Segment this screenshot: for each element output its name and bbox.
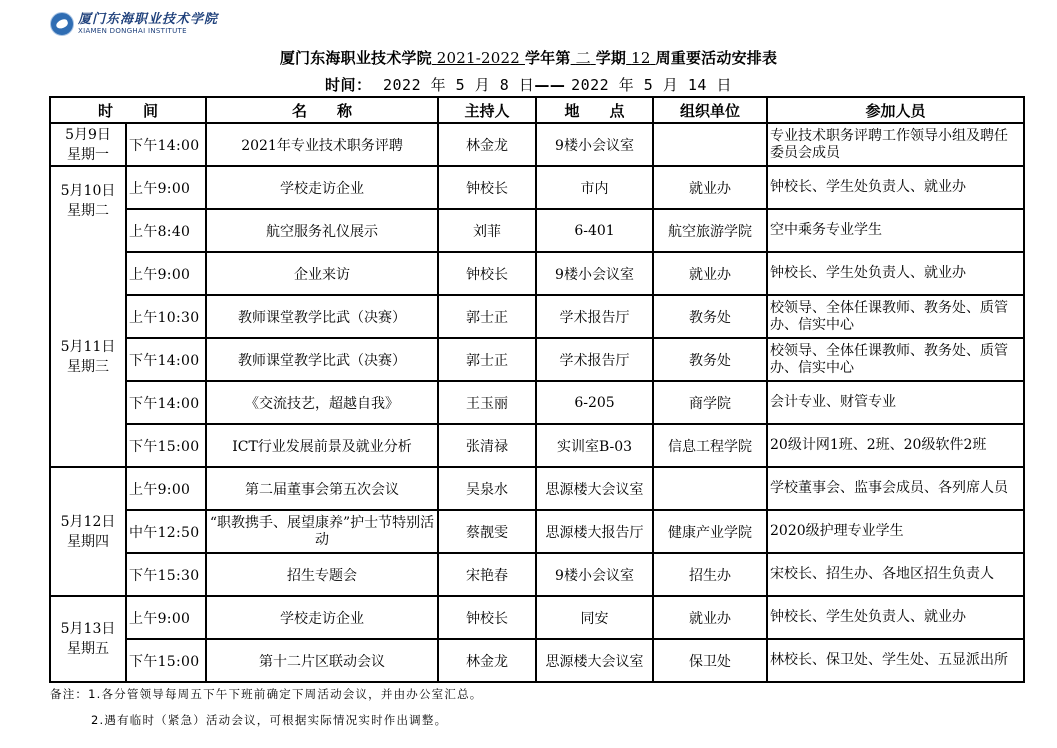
place-cell: 实训室B-03 xyxy=(536,424,653,467)
date-range-dash: —— xyxy=(534,76,565,94)
date-range-start: 2022 年 5 月 8 日 xyxy=(383,76,534,94)
attendees-cell: 钟校长、学生处负责人、就业办 xyxy=(767,596,1024,639)
table-row: 下午14:00 《交流技艺，超越自我》 王玉丽 6-205 商学院 会计专业、财… xyxy=(50,381,1024,424)
table-row: 5月13日星期五 上午9:00 学校走访企业 钟校长 同安 就业办 钟校长、学生… xyxy=(50,596,1024,639)
title-academic-year: 2021-2022 xyxy=(437,49,520,67)
school-emblem-icon xyxy=(50,12,74,36)
logo-english-name: XIAMEN DONGHAI INSTITUTE xyxy=(78,28,218,35)
org-cell xyxy=(653,123,767,166)
column-header-time: 时 间 xyxy=(50,97,206,123)
time-cell: 下午14:00 xyxy=(126,123,206,166)
time-cell: 中午12:50 xyxy=(126,510,206,553)
column-header-attendees: 参加人员 xyxy=(767,97,1024,123)
place-cell: 6-205 xyxy=(536,381,653,424)
org-cell: 保卫处 xyxy=(653,639,767,682)
attendees-cell: 钟校长、学生处负责人、就业办 xyxy=(767,166,1024,209)
attendees-cell: 林校长、保卫处、学生处、五显派出所 xyxy=(767,639,1024,682)
column-header-host: 主持人 xyxy=(438,97,536,123)
place-cell: 市内 xyxy=(536,166,653,209)
activity-name-cell: 学校走访企业 xyxy=(206,596,438,639)
place-cell: 6-401 xyxy=(536,209,653,252)
host-cell: 蔡靓雯 xyxy=(438,510,536,553)
table-row: 5月12日星期四 上午9:00 第二届董事会第五次会议 吴泉水 思源楼大会议室 … xyxy=(50,467,1024,510)
time-cell: 上午9:00 xyxy=(126,596,206,639)
time-cell: 下午14:00 xyxy=(126,338,206,381)
title-suffix: 周重要活动安排表 xyxy=(656,49,778,67)
attendees-cell: 校领导、全体任课教师、教务处、质管办、信实中心 xyxy=(767,338,1024,381)
activity-name-cell: 《交流技艺，超越自我》 xyxy=(206,381,438,424)
place-cell: 思源楼大报告厅 xyxy=(536,510,653,553)
attendees-cell: 会计专业、财管专业 xyxy=(767,381,1024,424)
table-row: 上午8:40 航空服务礼仪展示 刘菲 6-401 航空旅游学院 空中乘务专业学生 xyxy=(50,209,1024,252)
attendees-cell: 2020级护理专业学生 xyxy=(767,510,1024,553)
org-cell: 就业办 xyxy=(653,166,767,209)
date-cell-merged: 5月10日星期二 5月11日星期三 xyxy=(50,166,126,467)
place-cell: 9楼小会议室 xyxy=(536,553,653,596)
date-label: 5月11日 xyxy=(51,337,125,357)
place-cell: 思源楼大会议室 xyxy=(536,467,653,510)
date-label: 5月13日 xyxy=(53,619,123,639)
column-header-org: 组织单位 xyxy=(653,97,767,123)
notes: 备注：1.各分管领导每周五下午下班前确定下周活动会议，并由办公室汇总。 2.遇有… xyxy=(50,686,482,738)
host-cell: 郭士正 xyxy=(438,295,536,338)
activity-name-cell: 企业来访 xyxy=(206,252,438,295)
weekday-label: 星期四 xyxy=(53,532,123,552)
date-label: 5月12日 xyxy=(53,512,123,532)
table-row: 上午9:00 企业来访 钟校长 9楼小会议室 就业办 钟校长、学生处负责人、就业… xyxy=(50,252,1024,295)
host-cell: 吴泉水 xyxy=(438,467,536,510)
column-header-name: 名 称 xyxy=(206,97,438,123)
date-cell: 5月13日星期五 xyxy=(50,596,126,682)
institute-logo: 厦门东海职业技术学院 XIAMEN DONGHAI INSTITUTE xyxy=(50,12,218,36)
org-cell: 健康产业学院 xyxy=(653,510,767,553)
attendees-cell: 专业技术职务评聘工作领导小组及聘任委员会成员 xyxy=(767,123,1024,166)
activity-name-cell: 学校走访企业 xyxy=(206,166,438,209)
title-week: 12 xyxy=(631,49,651,67)
logo-chinese-name: 厦门东海职业技术学院 xyxy=(78,13,218,26)
attendees-cell: 钟校长、学生处负责人、就业办 xyxy=(767,252,1024,295)
attendees-cell: 宋校长、招生办、各地区招生负责人 xyxy=(767,553,1024,596)
table-row: 下午15:00 ICT行业发展前景及就业分析 张清禄 实训室B-03 信息工程学… xyxy=(50,424,1024,467)
table-row: 下午14:00 教师课堂教学比武（决赛） 郭士正 学术报告厅 教务处 校领导、全… xyxy=(50,338,1024,381)
date-cell: 5月12日星期四 xyxy=(50,467,126,596)
date-range-end: 2022 年 5 月 14 日 xyxy=(571,76,732,94)
activity-name-cell: 航空服务礼仪展示 xyxy=(206,209,438,252)
org-cell: 航空旅游学院 xyxy=(653,209,767,252)
table-row: 上午10:30 教师课堂教学比武（决赛） 郭士正 学术报告厅 教务处 校领导、全… xyxy=(50,295,1024,338)
note-1: 备注：1.各分管领导每周五下午下班前确定下周活动会议，并由办公室汇总。 xyxy=(50,686,482,712)
org-cell xyxy=(653,467,767,510)
schedule-table: 时 间 名 称 主持人 地 点 组织单位 参加人员 5月9日星期一 下午14:0… xyxy=(49,96,1025,683)
weekday-label: 星期三 xyxy=(51,357,125,377)
date-cell: 5月9日星期一 xyxy=(50,123,126,166)
table-header-row: 时 间 名 称 主持人 地 点 组织单位 参加人员 xyxy=(50,97,1024,123)
activity-name-cell: “职教携手、展望康养”护士节特别活动 xyxy=(206,510,438,553)
time-cell: 上午9:00 xyxy=(126,252,206,295)
time-cell: 下午14:00 xyxy=(126,381,206,424)
org-cell: 就业办 xyxy=(653,252,767,295)
date-range-label: 时间： xyxy=(325,76,372,94)
title-term-suffix: 学期 xyxy=(596,49,626,67)
weekday-label: 星期二 xyxy=(51,201,125,221)
place-cell: 9楼小会议室 xyxy=(536,123,653,166)
org-cell: 教务处 xyxy=(653,338,767,381)
time-cell: 上午9:00 xyxy=(126,467,206,510)
attendees-cell: 校领导、全体任课教师、教务处、质管办、信实中心 xyxy=(767,295,1024,338)
host-cell: 宋艳春 xyxy=(438,553,536,596)
time-cell: 下午15:30 xyxy=(126,553,206,596)
attendees-cell: 20级计网1班、2班、20级软件2班 xyxy=(767,424,1024,467)
activity-name-cell: 招生专题会 xyxy=(206,553,438,596)
date-range: 时间： 2022 年 5 月 8 日—— 2022 年 5 月 14 日 xyxy=(0,74,1057,95)
activity-name-cell: 教师课堂教学比武（决赛） xyxy=(206,295,438,338)
host-cell: 刘菲 xyxy=(438,209,536,252)
column-header-place: 地 点 xyxy=(536,97,653,123)
time-cell: 下午15:00 xyxy=(126,639,206,682)
host-cell: 林金龙 xyxy=(438,123,536,166)
place-cell: 学术报告厅 xyxy=(536,295,653,338)
activity-name-cell: 2021年专业技术职务评聘 xyxy=(206,123,438,166)
host-cell: 郭士正 xyxy=(438,338,536,381)
org-cell: 就业办 xyxy=(653,596,767,639)
activity-name-cell: 第二届董事会第五次会议 xyxy=(206,467,438,510)
weekday-label: 星期五 xyxy=(53,639,123,659)
time-cell: 下午15:00 xyxy=(126,424,206,467)
place-cell: 同安 xyxy=(536,596,653,639)
time-cell: 上午8:40 xyxy=(126,209,206,252)
activity-name-cell: ICT行业发展前景及就业分析 xyxy=(206,424,438,467)
title-mid: 学年第 xyxy=(525,49,571,67)
date-group-may11: 5月11日星期三 xyxy=(51,337,125,377)
host-cell: 钟校长 xyxy=(438,252,536,295)
date-label: 5月10日 xyxy=(51,181,125,201)
date-label: 5月9日 xyxy=(53,125,123,145)
title-institute: 厦门东海职业技术学院 xyxy=(280,49,432,67)
note-2: 2.遇有临时（紧急）活动会议，可根据实际情况实时作出调整。 xyxy=(50,712,482,738)
place-cell: 9楼小会议室 xyxy=(536,252,653,295)
page-title: 厦门东海职业技术学院 2021-2022 学年第 二 学期 12 周重要活动安排… xyxy=(0,47,1057,68)
org-cell: 招生办 xyxy=(653,553,767,596)
time-cell: 上午10:30 xyxy=(126,295,206,338)
host-cell: 钟校长 xyxy=(438,596,536,639)
attendees-cell: 学校董事会、监事会成员、各列席人员 xyxy=(767,467,1024,510)
table-row: 下午15:30 招生专题会 宋艳春 9楼小会议室 招生办 宋校长、招生办、各地区… xyxy=(50,553,1024,596)
table-row: 5月10日星期二 5月11日星期三 上午9:00 学校走访企业 钟校长 市内 就… xyxy=(50,166,1024,209)
table-row: 下午15:00 第十二片区联动会议 林金龙 思源楼大会议室 保卫处 林校长、保卫… xyxy=(50,639,1024,682)
date-group-may10: 5月10日星期二 xyxy=(51,181,125,221)
org-cell: 商学院 xyxy=(653,381,767,424)
place-cell: 学术报告厅 xyxy=(536,338,653,381)
table-row: 中午12:50 “职教携手、展望康养”护士节特别活动 蔡靓雯 思源楼大报告厅 健… xyxy=(50,510,1024,553)
host-cell: 王玉丽 xyxy=(438,381,536,424)
org-cell: 信息工程学院 xyxy=(653,424,767,467)
org-cell: 教务处 xyxy=(653,295,767,338)
host-cell: 钟校长 xyxy=(438,166,536,209)
time-cell: 上午9:00 xyxy=(126,166,206,209)
place-cell: 思源楼大会议室 xyxy=(536,639,653,682)
activity-name-cell: 第十二片区联动会议 xyxy=(206,639,438,682)
activity-name-cell: 教师课堂教学比武（决赛） xyxy=(206,338,438,381)
attendees-cell: 空中乘务专业学生 xyxy=(767,209,1024,252)
weekday-label: 星期一 xyxy=(53,145,123,165)
title-term: 二 xyxy=(576,49,591,67)
host-cell: 张清禄 xyxy=(438,424,536,467)
host-cell: 林金龙 xyxy=(438,639,536,682)
table-row: 5月9日星期一 下午14:00 2021年专业技术职务评聘 林金龙 9楼小会议室… xyxy=(50,123,1024,166)
